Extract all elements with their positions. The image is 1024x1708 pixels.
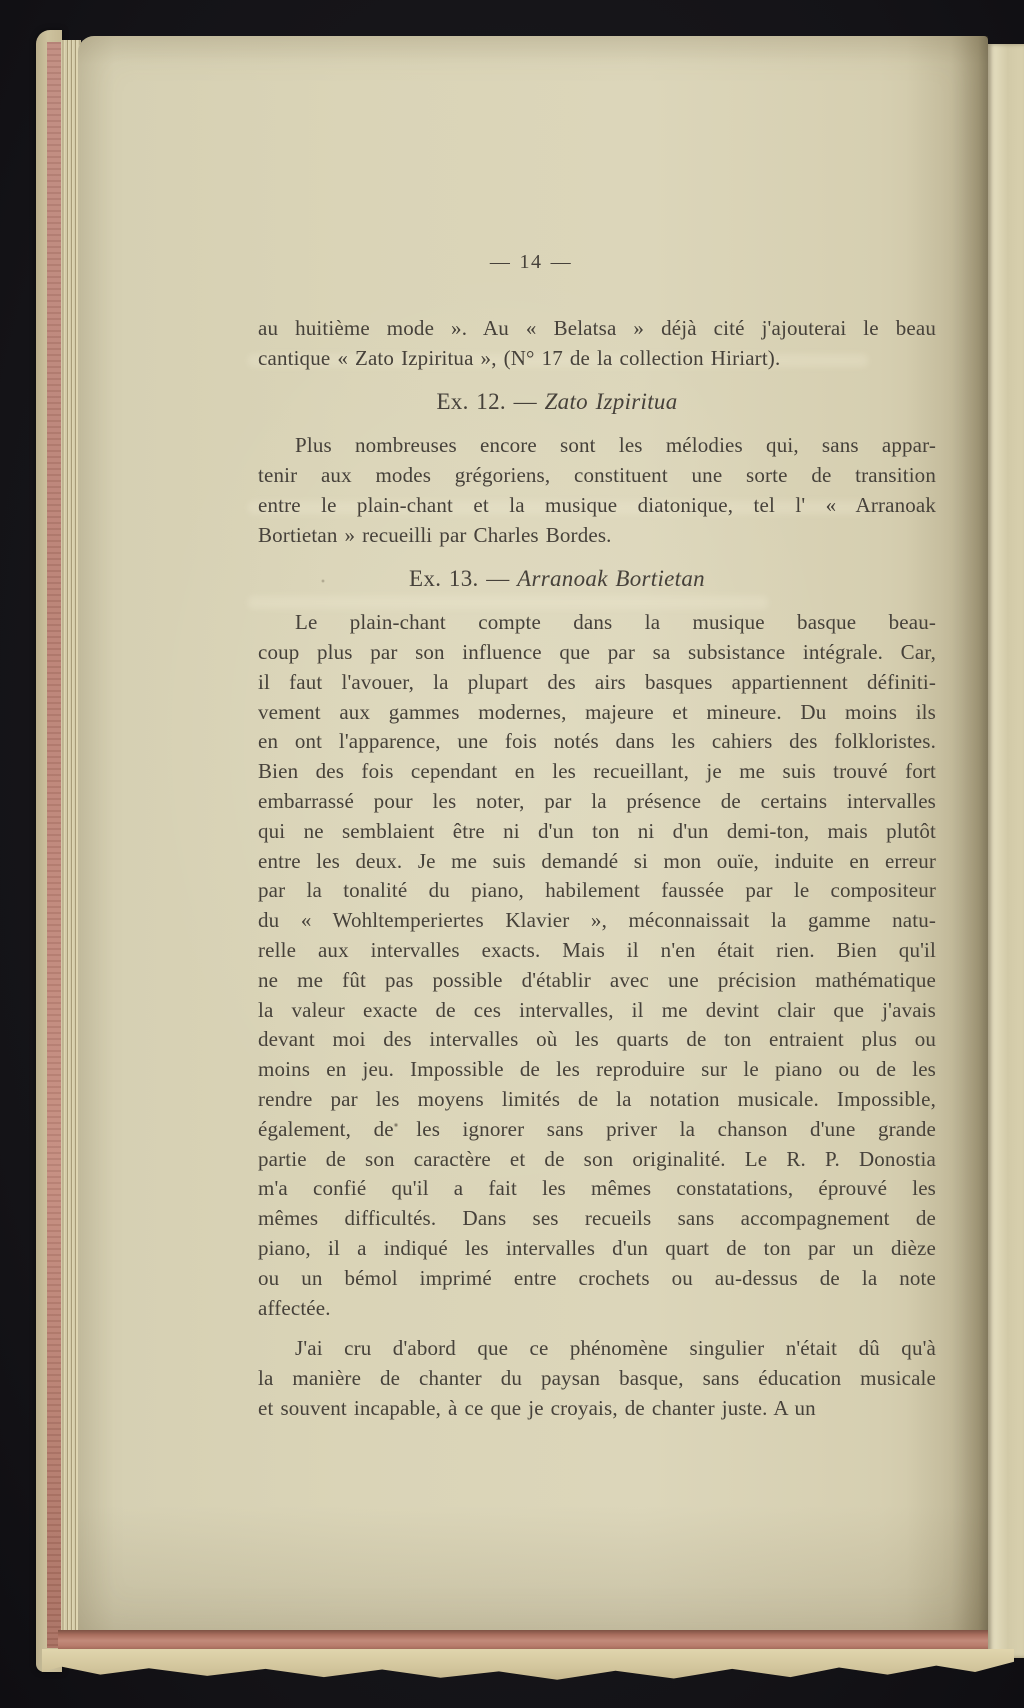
- text-line: embarrassé pour les noter, par la présen…: [258, 787, 936, 817]
- next-page-edge: [988, 44, 1024, 1658]
- book-scan-photo: — 14 — au huitième mode ». Au « Belatsa …: [0, 0, 1024, 1708]
- text-line: affectée.: [258, 1294, 936, 1324]
- gutter-shadow: [906, 36, 988, 1633]
- text-line: vement aux gammes modernes, majeure et m…: [258, 698, 936, 728]
- heading-label: Ex. 13. —: [409, 566, 517, 591]
- text-line: J'ai cru d'abord que ce phénomène singul…: [258, 1334, 936, 1364]
- text-line: piano, il a indiqué les intervalles d'un…: [258, 1234, 936, 1264]
- text-block: — 14 — au huitième mode ». Au « Belatsa …: [258, 248, 936, 1435]
- text-line: cantique « Zato Izpiritua », (N° 17 de l…: [258, 344, 936, 374]
- text-line: par la tonalité du piano, habilement fau…: [258, 876, 936, 906]
- text-line: il faut l'avouer, la plupart des airs ba…: [258, 668, 936, 698]
- text-line: Plus nombreuses encore sont les mélodies…: [258, 431, 936, 461]
- paragraph: au huitième mode ». Au « Belatsa » déjà …: [258, 314, 936, 374]
- text-line: Bortietan » recueilli par Charles Bordes…: [258, 521, 936, 551]
- text-line: du « Wohltemperiertes Klavier », méconna…: [258, 906, 936, 936]
- text-line: coup plus par son influence que par sa s…: [258, 638, 936, 668]
- text-line: entre le plain-chant et la musique diato…: [258, 491, 936, 521]
- text-line: moins en jeu. Impossible de les reprodui…: [258, 1055, 936, 1085]
- text-line: ou un bémol imprimé entre crochets ou au…: [258, 1264, 936, 1294]
- text-line: entre les deux. Je me suis demandé si mo…: [258, 847, 936, 877]
- text-line: devant moi des intervalles où les quarts…: [258, 1025, 936, 1055]
- book-page: — 14 — au huitième mode ». Au « Belatsa …: [78, 36, 988, 1633]
- page-number: — 14 —: [192, 248, 870, 278]
- text-line: tenir aux modes grégoriens, constituent …: [258, 461, 936, 491]
- text-line: en ont l'apparence, une fois notés dans …: [258, 727, 936, 757]
- example-heading: Ex. 12. — Zato Izpiritua: [218, 387, 896, 417]
- text-line: qui ne semblaient être ni d'un ton ni d'…: [258, 817, 936, 847]
- text-line: Le plain-chant compte dans la musique ba…: [258, 608, 936, 638]
- text-line: au huitième mode ». Au « Belatsa » déjà …: [258, 314, 936, 344]
- text-line: mêmes difficultés. Dans ses recueils san…: [258, 1204, 936, 1234]
- text-line: rendre par les moyens limités de la nota…: [258, 1085, 936, 1115]
- deckle-edge: [42, 1649, 1014, 1681]
- heading-title: Zato Izpiritua: [545, 389, 678, 414]
- text-line: la manière de chanter du paysan basque, …: [258, 1364, 936, 1394]
- text-line: Bien des fois cependant en les recueilla…: [258, 757, 936, 787]
- text-line: ne me fût pas possible d'établir avec un…: [258, 966, 936, 996]
- text-line: la valeur exacte de ces intervalles, il …: [258, 996, 936, 1026]
- paragraph: Plus nombreuses encore sont les mélodies…: [258, 431, 936, 550]
- text-line: relle aux intervalles exacts. Mais il n'…: [258, 936, 936, 966]
- text-line: partie de son caractère et de son origin…: [258, 1145, 936, 1175]
- page-edges-pink-left: [47, 42, 62, 1648]
- heading-title: Arranoak Bortietan: [517, 566, 705, 591]
- heading-label: Ex. 12. —: [436, 389, 544, 414]
- text-line: et souvent incapable, à ce que je croyai…: [258, 1394, 936, 1424]
- paragraph: J'ai cru d'abord que ce phénomène singul…: [258, 1334, 936, 1423]
- example-heading: Ex. 13. — Arranoak Bortietan: [218, 564, 896, 594]
- text-line: m'a confié qu'il a fait les mêmes consta…: [258, 1174, 936, 1204]
- page-edges-pink-bottom: [58, 1630, 988, 1652]
- paragraph: Le plain-chant compte dans la musique ba…: [258, 608, 936, 1323]
- text-line: également, de les ignorer sans priver la…: [258, 1115, 936, 1145]
